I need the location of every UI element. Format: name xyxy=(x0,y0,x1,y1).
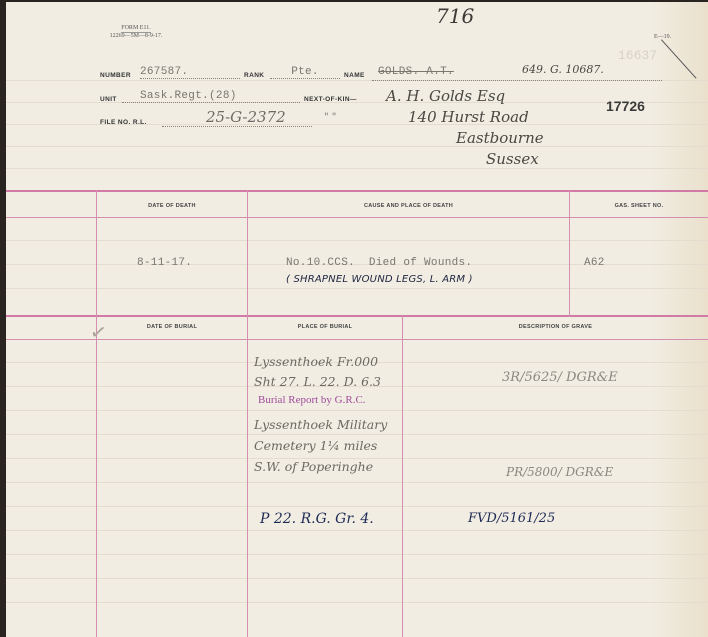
faint-number: 16637 xyxy=(618,48,657,63)
rank-value: Pte. xyxy=(270,66,340,79)
gas-sheet-number: A62 xyxy=(584,257,605,269)
death-header-divider xyxy=(6,217,708,218)
header-date-of-burial: DATE OF BURIAL xyxy=(97,324,247,330)
burial-entry-1-place: Lyssenthoek Fr.000 Sht 27. L. 22. D. 6.3 xyxy=(254,352,381,392)
nok-line-county: Sussex xyxy=(486,149,544,170)
burial-header-divider xyxy=(6,339,708,340)
name-label: NAME xyxy=(344,72,365,79)
name-ref: 649. G. 10687. xyxy=(522,63,604,76)
cause-of-death-typed: No.10.CCS. Died of Wounds. xyxy=(286,257,472,269)
name-value: GOLDS. A.T. 649. G. 10687. xyxy=(372,66,662,81)
next-of-kin-label: NEXT-OF-KIN— xyxy=(304,96,357,103)
death-col-divider-2 xyxy=(247,190,248,317)
burial-entry-1-grave: 3R/5625/ DGR&E xyxy=(502,370,618,385)
burial-entry-2-line-1: Lyssenthoek Military xyxy=(254,414,387,435)
file-value: 25-G-2372 xyxy=(162,108,312,127)
number-label: NUMBER xyxy=(100,72,131,79)
next-of-kin-address: A. H. Golds Esq 140 Hurst Road Eastbourn… xyxy=(386,86,544,170)
death-table-bottom-border xyxy=(6,315,708,317)
nok-line-town: Eastbourne xyxy=(456,128,544,149)
casualty-card: 716 FORM E11. 12269—5M—8-9-17. E—19. 166… xyxy=(6,2,708,637)
file-label: FILE No. R.L. xyxy=(100,119,147,126)
death-col-divider-3 xyxy=(569,190,570,317)
date-of-death: 8-11-17. xyxy=(137,257,192,269)
file-ditto: " " xyxy=(324,112,336,123)
stamp-number: 17726 xyxy=(606,98,645,114)
burial-entry-1-line-2: Sht 27. L. 22. D. 6.3 xyxy=(254,372,381,392)
cause-of-death-handwritten: ( SHRAPNEL WOUND LEGS, L. ARM ) xyxy=(286,274,473,285)
burial-entry-2-place: Lyssenthoek Military Cemetery 1¼ miles S… xyxy=(254,414,387,477)
form-id-line1: FORM E11. xyxy=(121,25,150,33)
rank-text: Pte. xyxy=(291,66,319,78)
burial-entry-3-place: P 22. R.G. Gr. 4. xyxy=(260,511,374,527)
death-table-top-border xyxy=(6,190,708,192)
burial-report-stamp: Burial Report by G.R.C. xyxy=(258,394,366,406)
death-col-divider-1 xyxy=(96,190,97,317)
burial-col-divider-1 xyxy=(96,315,97,637)
header-description-of-grave: DESCRIPTION OF GRAVE xyxy=(403,324,708,330)
number-text: 267587. xyxy=(140,66,188,78)
check-mark: ✓ xyxy=(88,319,109,347)
name-text: GOLDS. A.T. xyxy=(378,66,454,78)
burial-entry-3-grave: FVD/5161/25 xyxy=(468,511,555,526)
burial-entry-2-grave: PR/5800/ DGR&E xyxy=(506,465,613,479)
header-cause-of-death: CAUSE AND PLACE OF DEATH xyxy=(248,203,569,209)
form-id-line2: 12269—5M—8-9-17. xyxy=(96,33,176,40)
nok-line-name: A. H. Golds Esq xyxy=(386,86,544,107)
unit-value: Sask.Regt.(28) xyxy=(122,90,300,103)
nok-line-street: 140 Hurst Road xyxy=(408,107,544,128)
burial-col-divider-2 xyxy=(247,315,248,637)
strike-line xyxy=(661,39,697,78)
burial-entry-2-line-3: S.W. of Poperinghe xyxy=(254,456,387,477)
page-number: 716 xyxy=(436,4,474,28)
file-text: 25-G-2372 xyxy=(206,108,286,126)
header-gas-sheet-no: GAS. SHEET No. xyxy=(570,203,708,209)
burial-col-divider-3 xyxy=(402,315,403,637)
number-value: 267587. xyxy=(140,66,240,79)
form-id: FORM E11. 12269—5M—8-9-17. xyxy=(96,25,176,40)
burial-entry-2-line-2: Cemetery 1¼ miles xyxy=(254,435,387,456)
burial-entry-1-line-1: Lyssenthoek Fr.000 xyxy=(254,352,381,372)
header-date-of-death: DATE OF DEATH xyxy=(97,203,247,209)
header-place-of-burial: PLACE OF BURIAL xyxy=(248,324,402,330)
unit-text: Sask.Regt.(28) xyxy=(140,90,237,102)
rank-label: RANK xyxy=(244,72,264,79)
unit-label: UNIT xyxy=(100,96,117,103)
